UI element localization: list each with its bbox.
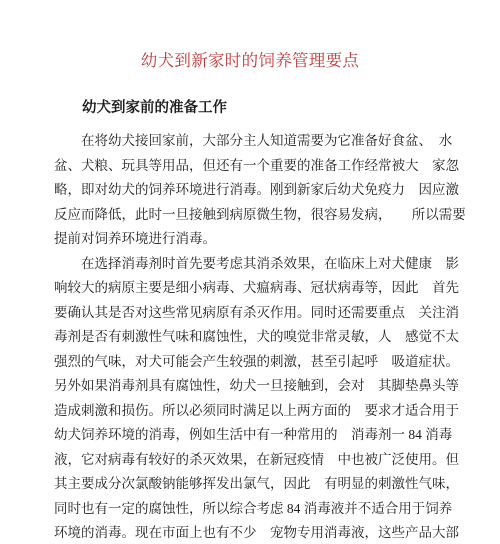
paragraph-1: 在将幼犬接回家前，大部分主人知道需要为它准备好食盆、 水 盆、犬粮、玩具等用品，…	[54, 129, 466, 252]
text-line: 液，它对病毒有较好的杀灭效果，在新冠疫情 中也被广泛使用。但	[54, 448, 466, 473]
text-line: 在将幼犬接回家前，大部分主人知道需要为它准备好食盆、 水	[54, 129, 466, 154]
text-line: 响较大的病原主要是细小病毒、犬瘟病毒、冠状病毒等，因此 首先	[54, 276, 466, 301]
text-line: 反应而降低，此时一旦接触到病原微生物，很容易发病， 所以需要	[54, 203, 466, 228]
text-line: 盆、犬粮、玩具等用品，但还有一个重要的准备工作经常被大 家忽	[54, 154, 466, 179]
text-line: 环境的消毒。现在市面上也有不少 宠物专用消毒液，这些产品大部	[54, 521, 466, 544]
section-heading: 幼犬到家前的准备工作	[82, 98, 227, 118]
text-line: 略，即对幼犬的饲养环境进行消毒。刚到新家后幼犬免疫力 因应激	[54, 178, 466, 203]
paragraph-2: 在选择消毒剂时首先要考虑其消杀效果，在临床上对犬健康 影 响较大的病原主要是细小…	[54, 252, 466, 544]
text-line: 另外如果消毒剂具有腐蚀性，幼犬一旦接触到，会对 其脚垫鼻头等	[54, 374, 466, 399]
document-page: 幼犬到新家时的饲养管理要点 幼犬到家前的准备工作 在将幼犬接回家前，大部分主人知…	[0, 0, 500, 544]
text-line: 在选择消毒剂时首先要考虑其消杀效果，在临床上对犬健康 影	[54, 252, 466, 277]
text-line: 毒剂是否有刺激性气味和腐蚀性，犬的嗅觉非常灵敏，人 感觉不太	[54, 325, 466, 350]
text-line: 其主要成分次氯酸钠能够挥发出氯气，因此 有明显的刺激性气味，	[54, 472, 466, 497]
text-line: 提前对饲养环境进行消毒。	[54, 227, 466, 252]
document-title: 幼犬到新家时的饲养管理要点	[0, 49, 500, 73]
text-line: 幼犬饲养环境的消毒，例如生活中有一种常用的 消毒剂一 84 消毒	[54, 423, 466, 448]
document-body: 在将幼犬接回家前，大部分主人知道需要为它准备好食盆、 水 盆、犬粮、玩具等用品，…	[54, 129, 466, 544]
text-line: 同时也有一定的腐蚀性，所以综合考虑 84 消毒液并不适合用于饲养	[54, 497, 466, 522]
text-line: 强烈的气味，对犬可能会产生较强的刺激，甚至引起呼 吸道症状。	[54, 350, 466, 375]
text-line: 造成刺激和损伤。所以必须同时满足以上两方面的 要求才适合用于	[54, 399, 466, 424]
text-line: 要确认其是否对这些常见病原有杀灭作用。同时还需要重点 关注消	[54, 301, 466, 326]
